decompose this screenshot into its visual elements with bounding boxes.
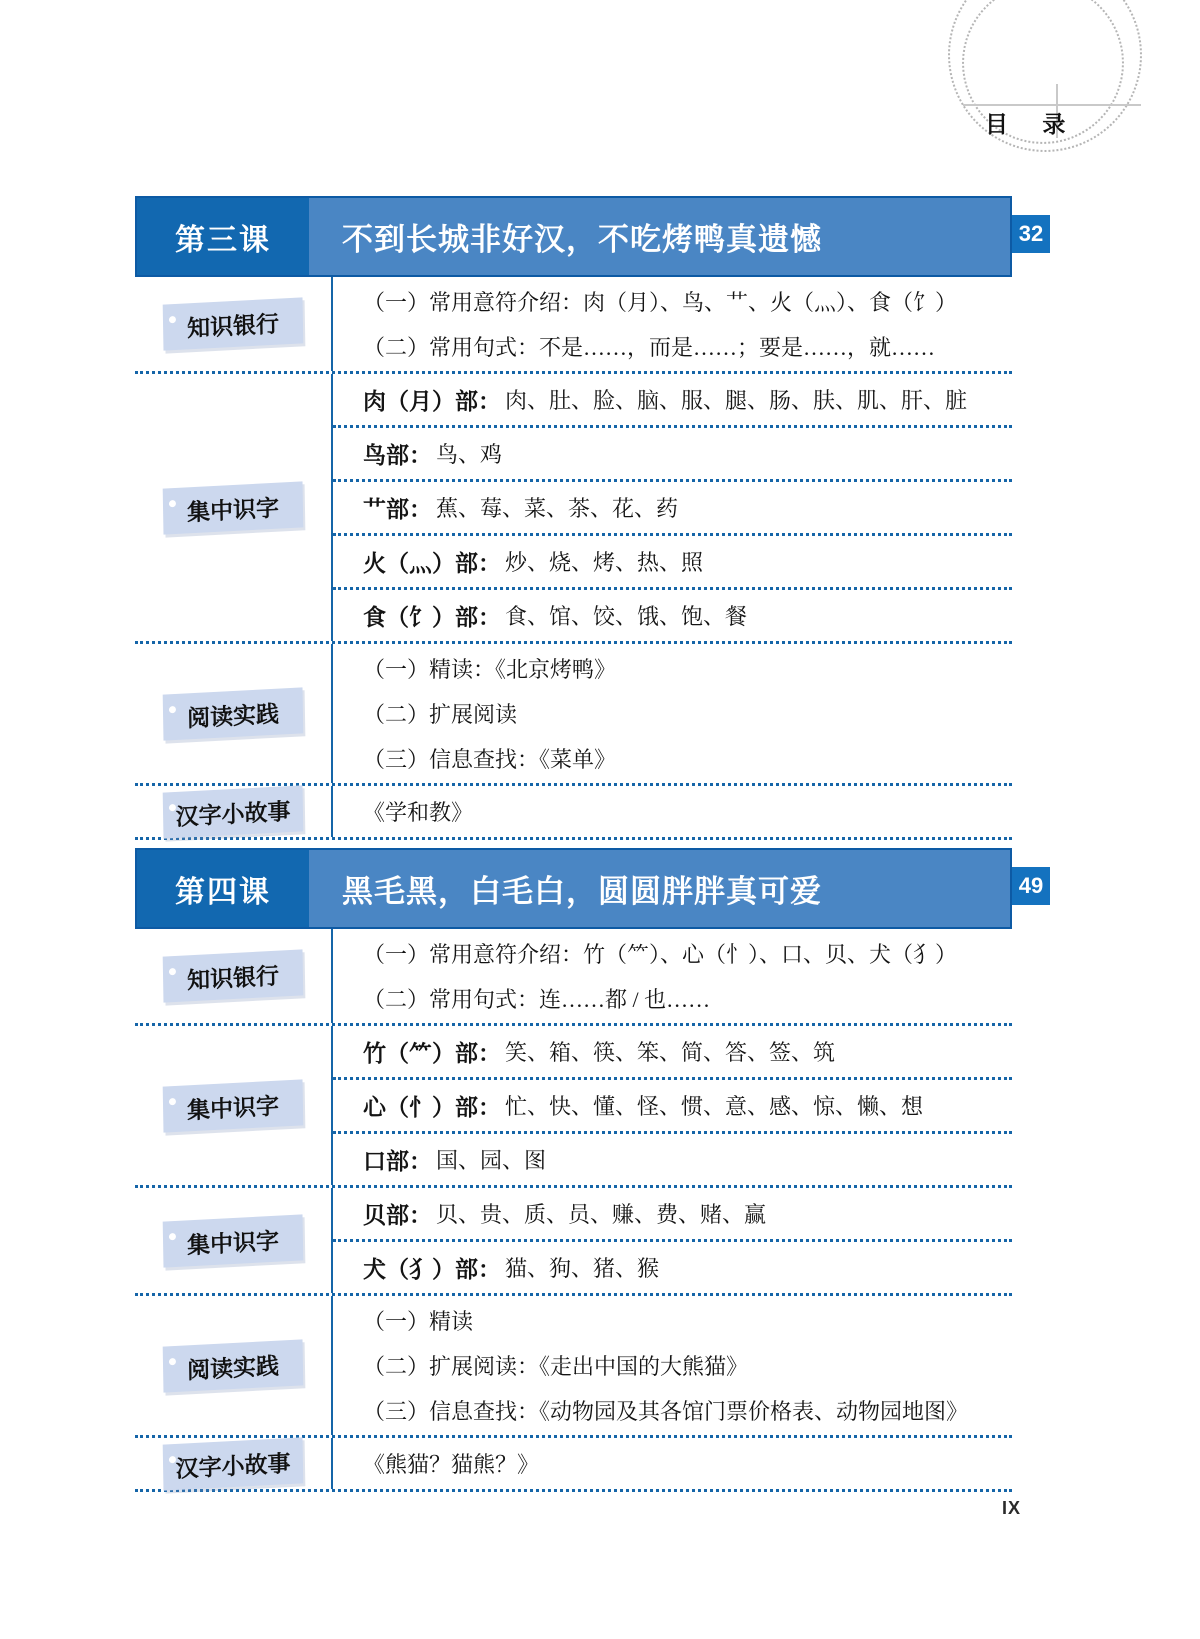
- content-line: （一）精读：《北京烤鸭》: [363, 646, 1012, 691]
- line-text: 《熊猫？猫熊？》: [363, 1448, 539, 1479]
- lesson-block: 第四课黑毛黑，白毛白，圆圆胖胖真可爱49知识银行（一）常用意符介绍：竹（⺮）、心…: [135, 848, 1012, 1492]
- radical-head: 鸟部：: [363, 437, 432, 470]
- pin-dot-icon: [169, 1455, 176, 1462]
- radical-head: 食（饣）部：: [363, 599, 501, 632]
- section-label: 集中识字: [187, 489, 279, 527]
- content-row: （一）常用意符介绍：肉（月）、鸟、艹、火（灬）、食（饣）（二）常用句式：不是………: [333, 277, 1012, 371]
- pin-dot-icon: [169, 1232, 176, 1239]
- section-rows: 贝部：贝、贵、质、员、赚、费、赌、赢犬（犭）部：猫、狗、猪、猴: [331, 1188, 1012, 1293]
- section-label: 汉字小故事: [175, 792, 290, 831]
- radical-head: 肉（月）部：: [363, 383, 501, 416]
- content-row: 食（饣）部：食、馆、饺、饿、饱、餐: [333, 587, 1012, 641]
- section-label: 集中识字: [187, 1222, 279, 1260]
- line-text: 《学和教》: [363, 796, 473, 827]
- content-line: （三）信息查找：《动物园及其各馆门票价格表、动物园地图》: [363, 1388, 1012, 1433]
- section-tag: 阅读实践: [163, 687, 304, 740]
- content-row: 鸟部：鸟、鸡: [333, 425, 1012, 479]
- line-text: （一）精读: [363, 1305, 473, 1336]
- lesson-block: 第三课不到长城非好汉，不吃烤鸭真遗憾32知识银行（一）常用意符介绍：肉（月）、鸟…: [135, 196, 1012, 840]
- pin-dot-icon: [169, 1097, 176, 1104]
- content-line: 鸟部：鸟、鸡: [363, 437, 1012, 470]
- content-line: 心（忄）部：忙、快、懂、怪、惯、意、感、惊、懒、想: [363, 1089, 1012, 1122]
- section-label-cell: 汉字小故事: [135, 1438, 331, 1489]
- line-text: （二）扩展阅读：《走出中国的大熊猫》: [363, 1350, 748, 1381]
- section-rows: 竹（⺮）部：笑、箱、筷、笨、简、答、签、筑心（忄）部：忙、快、懂、怪、惯、意、感…: [331, 1026, 1012, 1185]
- content-line: （二）常用句式：不是……，而是……；要是……，就……: [363, 324, 1012, 369]
- footer-page-number: IX: [1002, 1498, 1021, 1519]
- line-text: （一）常用意符介绍：竹（⺮）、心（忄）、口、贝、犬（犭）: [363, 938, 957, 969]
- content-line: 火（灬）部：炒、烧、烤、热、照: [363, 545, 1012, 578]
- section-rows: （一）常用意符介绍：肉（月）、鸟、艹、火（灬）、食（饣）（二）常用句式：不是………: [331, 277, 1012, 371]
- section-label-cell: 汉字小故事: [135, 786, 331, 837]
- section-tag: 集中识字: [163, 1079, 304, 1132]
- lesson-table: 知识银行（一）常用意符介绍：竹（⺮）、心（忄）、口、贝、犬（犭）（二）常用句式：…: [135, 929, 1012, 1492]
- section-rows: （一）精读（二）扩展阅读：《走出中国的大熊猫》（三）信息查找：《动物园及其各馆门…: [331, 1296, 1012, 1435]
- toc-section: 集中识字竹（⺮）部：笑、箱、筷、笨、简、答、签、筑心（忄）部：忙、快、懂、怪、惯…: [135, 1023, 1012, 1185]
- radical-head: 心（忄）部：: [363, 1089, 501, 1122]
- pin-dot-icon: [169, 316, 176, 323]
- content-line: （一）常用意符介绍：肉（月）、鸟、艹、火（灬）、食（饣）: [363, 279, 1012, 324]
- section-label: 阅读实践: [187, 695, 279, 733]
- toc-section: 知识银行（一）常用意符介绍：竹（⺮）、心（忄）、口、贝、犬（犭）（二）常用句式：…: [135, 929, 1012, 1023]
- content-row: 口部：国、园、图: [333, 1131, 1012, 1185]
- line-text: 蕉、莓、菜、茶、花、药: [436, 492, 678, 523]
- content-row: 贝部：贝、贵、质、员、赚、费、赌、赢: [333, 1188, 1012, 1239]
- content-line: 艹部：蕉、莓、菜、茶、花、药: [363, 491, 1012, 524]
- content-line: 《学和教》: [363, 796, 1012, 827]
- content-row: 《学和教》: [333, 786, 1012, 837]
- pin-dot-icon: [169, 1357, 176, 1364]
- line-text: 国、园、图: [436, 1144, 546, 1175]
- content-row: 艹部：蕉、莓、菜、茶、花、药: [333, 479, 1012, 533]
- section-tag: 知识银行: [163, 297, 304, 350]
- section-label: 知识银行: [187, 957, 279, 995]
- pin-dot-icon: [169, 499, 176, 506]
- line-text: （二）扩展阅读: [363, 698, 517, 729]
- lesson-number: 第三课: [137, 198, 309, 275]
- section-rows: 《学和教》: [331, 786, 1012, 837]
- content-line: 食（饣）部：食、馆、饺、饿、饱、餐: [363, 599, 1012, 632]
- section-tag: 知识银行: [163, 949, 304, 1002]
- content-line: 竹（⺮）部：笑、箱、筷、笨、简、答、签、筑: [363, 1035, 1012, 1068]
- section-label: 阅读实践: [187, 1347, 279, 1385]
- line-text: （三）信息查找：《菜单》: [363, 743, 616, 774]
- content-row: （一）精读：《北京烤鸭》（二）扩展阅读（三）信息查找：《菜单》: [333, 644, 1012, 783]
- line-text: （二）常用句式：不是……，而是……；要是……，就……: [363, 331, 935, 362]
- page-number-badge: 49: [1012, 867, 1050, 905]
- lesson-number: 第四课: [137, 850, 309, 927]
- lesson-title: 黑毛黑，白毛白，圆圆胖胖真可爱: [309, 850, 1010, 927]
- content-line: （二）扩展阅读：《走出中国的大熊猫》: [363, 1343, 1012, 1388]
- line-text: 笑、箱、筷、笨、简、答、签、筑: [505, 1036, 835, 1067]
- content-row: 肉（月）部：肉、肚、脸、脑、服、腿、肠、肤、肌、肝、脏: [333, 374, 1012, 425]
- toc-section: 知识银行（一）常用意符介绍：肉（月）、鸟、艹、火（灬）、食（饣）（二）常用句式：…: [135, 277, 1012, 371]
- line-text: （一）常用意符介绍：肉（月）、鸟、艹、火（灬）、食（饣）: [363, 286, 957, 317]
- content-row: 《熊猫？猫熊？》: [333, 1438, 1012, 1489]
- section-label: 知识银行: [187, 305, 279, 343]
- pin-dot-icon: [169, 968, 176, 975]
- line-text: 贝、贵、质、员、赚、费、赌、赢: [436, 1198, 766, 1229]
- section-rows: 《熊猫？猫熊？》: [331, 1438, 1012, 1489]
- radical-head: 犬（犭）部：: [363, 1251, 501, 1284]
- radical-head: 艹部：: [363, 491, 432, 524]
- lesson-table: 知识银行（一）常用意符介绍：肉（月）、鸟、艹、火（灬）、食（饣）（二）常用句式：…: [135, 277, 1012, 840]
- radical-head: 贝部：: [363, 1197, 432, 1230]
- section-label-cell: 知识银行: [135, 277, 331, 371]
- section-label: 汉字小故事: [175, 1444, 290, 1483]
- line-text: 猫、狗、猪、猴: [505, 1252, 659, 1283]
- pin-dot-icon: [169, 803, 176, 810]
- section-tag: 集中识字: [163, 1214, 304, 1267]
- content-row: 犬（犭）部：猫、狗、猪、猴: [333, 1239, 1012, 1293]
- toc-page-title: 目 录: [985, 106, 1079, 139]
- content-line: 犬（犭）部：猫、狗、猪、猴: [363, 1251, 1012, 1284]
- content-line: （二）常用句式：连……都 / 也……: [363, 976, 1012, 1021]
- radical-head: 火（灬）部：: [363, 545, 501, 578]
- section-label-cell: 集中识字: [135, 374, 331, 641]
- line-text: 鸟、鸡: [436, 438, 502, 469]
- toc-section: 汉字小故事《学和教》: [135, 783, 1012, 837]
- toc-section: 阅读实践（一）精读（二）扩展阅读：《走出中国的大熊猫》（三）信息查找：《动物园及…: [135, 1293, 1012, 1435]
- radical-head: 口部：: [363, 1143, 432, 1176]
- content-line: （二）扩展阅读: [363, 691, 1012, 736]
- page-number-badge: 32: [1012, 215, 1050, 253]
- section-rows: （一）常用意符介绍：竹（⺮）、心（忄）、口、贝、犬（犭）（二）常用句式：连……都…: [331, 929, 1012, 1023]
- section-tag: 阅读实践: [163, 1339, 304, 1392]
- content-line: （一）常用意符介绍：竹（⺮）、心（忄）、口、贝、犬（犭）: [363, 931, 1012, 976]
- content-line: 肉（月）部：肉、肚、脸、脑、服、腿、肠、肤、肌、肝、脏: [363, 383, 1012, 416]
- line-text: （二）常用句式：连……都 / 也……: [363, 983, 710, 1014]
- toc-section: 集中识字贝部：贝、贵、质、员、赚、费、赌、赢犬（犭）部：猫、狗、猪、猴: [135, 1185, 1012, 1293]
- section-label-cell: 集中识字: [135, 1188, 331, 1293]
- section-rows: 肉（月）部：肉、肚、脸、脑、服、腿、肠、肤、肌、肝、脏鸟部：鸟、鸡艹部：蕉、莓、…: [331, 374, 1012, 641]
- section-label-cell: 集中识字: [135, 1026, 331, 1185]
- content-line: 贝部：贝、贵、质、员、赚、费、赌、赢: [363, 1197, 1012, 1230]
- section-tag: 汉字小故事: [163, 1437, 304, 1490]
- pin-dot-icon: [169, 705, 176, 712]
- lesson-title: 不到长城非好汉，不吃烤鸭真遗憾: [309, 198, 1010, 275]
- content-row: 竹（⺮）部：笑、箱、筷、笨、简、答、签、筑: [333, 1026, 1012, 1077]
- content-line: 《熊猫？猫熊？》: [363, 1448, 1012, 1479]
- line-text: （三）信息查找：《动物园及其各馆门票价格表、动物园地图》: [363, 1395, 968, 1426]
- content-row: 火（灬）部：炒、烧、烤、热、照: [333, 533, 1012, 587]
- lesson-header-band: 第四课黑毛黑，白毛白，圆圆胖胖真可爱49: [135, 848, 1012, 929]
- toc-section: 汉字小故事《熊猫？猫熊？》: [135, 1435, 1012, 1489]
- content-row: （一）精读（二）扩展阅读：《走出中国的大熊猫》（三）信息查找：《动物园及其各馆门…: [333, 1296, 1012, 1435]
- line-text: （一）精读：《北京烤鸭》: [363, 653, 616, 684]
- line-text: 食、馆、饺、饿、饱、餐: [505, 600, 747, 631]
- lesson-header-band: 第三课不到长城非好汉，不吃烤鸭真遗憾32: [135, 196, 1012, 277]
- line-text: 炒、烧、烤、热、照: [505, 546, 703, 577]
- content-row: 心（忄）部：忙、快、懂、怪、惯、意、感、惊、懒、想: [333, 1077, 1012, 1131]
- content-line: 口部：国、园、图: [363, 1143, 1012, 1176]
- section-label-cell: 阅读实践: [135, 644, 331, 783]
- line-text: 肉、肚、脸、脑、服、腿、肠、肤、肌、肝、脏: [505, 384, 967, 415]
- toc-section: 阅读实践（一）精读：《北京烤鸭》（二）扩展阅读（三）信息查找：《菜单》: [135, 641, 1012, 783]
- section-rows: （一）精读：《北京烤鸭》（二）扩展阅读（三）信息查找：《菜单》: [331, 644, 1012, 783]
- line-text: 忙、快、懂、怪、惯、意、感、惊、懒、想: [505, 1090, 923, 1121]
- section-label-cell: 阅读实践: [135, 1296, 331, 1435]
- toc-section: 集中识字肉（月）部：肉、肚、脸、脑、服、腿、肠、肤、肌、肝、脏鸟部：鸟、鸡艹部：…: [135, 371, 1012, 641]
- section-label: 集中识字: [187, 1087, 279, 1125]
- content-row: （一）常用意符介绍：竹（⺮）、心（忄）、口、贝、犬（犭）（二）常用句式：连……都…: [333, 929, 1012, 1023]
- radical-head: 竹（⺮）部：: [363, 1035, 501, 1068]
- content-line: （三）信息查找：《菜单》: [363, 736, 1012, 781]
- section-label-cell: 知识银行: [135, 929, 331, 1023]
- content-line: （一）精读: [363, 1298, 1012, 1343]
- section-tag: 集中识字: [163, 481, 304, 534]
- section-tag: 汉字小故事: [163, 785, 304, 838]
